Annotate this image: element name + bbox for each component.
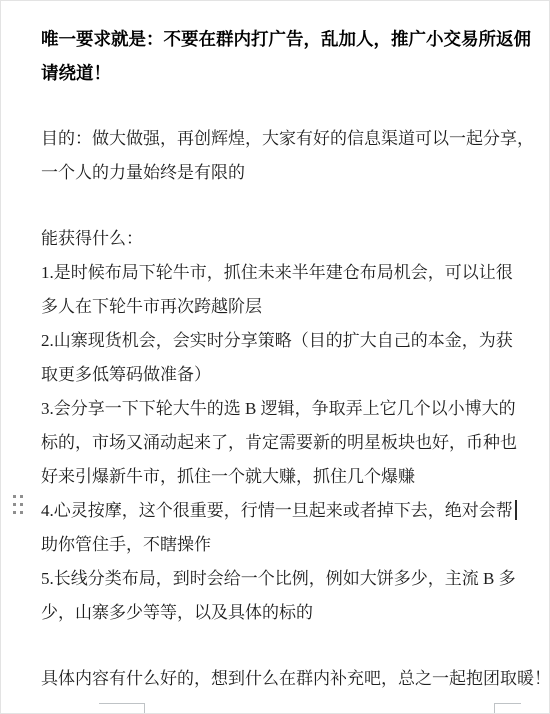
text-line[interactable]: 能获得什么：	[41, 222, 513, 256]
text-line[interactable]: 取更多低筹码做准备）	[41, 358, 513, 392]
paragraph-benefit-1[interactable]: 1.是时候布局下轮牛市，抓住未来半年建仓布局机会，可以让很多人在下轮牛市再次跨越…	[41, 256, 513, 324]
paragraph-benefit-2[interactable]: 2.山寨现货机会，会实时分享策略（目的扩大自己的本金，为获取更多低筹码做准备）	[41, 324, 513, 392]
text-line[interactable]: 2.山寨现货机会，会实时分享策略（目的扩大自己的本金，为获	[41, 324, 513, 358]
text-line[interactable]: 助你管住手，不瞎操作	[41, 528, 513, 562]
drag-handle-dot	[20, 511, 23, 514]
paragraph-benefit-4[interactable]: 4.心灵按摩，这个很重要，行情一旦起来或者掉下去，绝对会帮助你管住手，不瞎操作	[41, 494, 513, 562]
text-line[interactable]: 5.长线分类布局，到时会给一个比例，例如大饼多少，主流 B 多	[41, 562, 513, 596]
text-line[interactable]: 4.心灵按摩，这个很重要，行情一旦起来或者掉下去，绝对会帮	[41, 494, 513, 528]
paragraph-benefit-3[interactable]: 3.会分享一下下轮大牛的选 B 逻辑，争取弄上它几个以小博大的标的，市场又涌动起…	[41, 392, 513, 494]
paragraph-purpose[interactable]: 目的：做大做强，再创辉煌，大家有好的信息渠道可以一起分享，一个人的力量始终是有限…	[41, 122, 513, 190]
drag-handle-dot	[20, 503, 23, 506]
text-line[interactable]: 3.会分享一下下轮大牛的选 B 逻辑，争取弄上它几个以小博大的	[41, 392, 513, 426]
text-line[interactable]: 少，山寨多少等等，以及具体的标的	[41, 596, 513, 630]
text-line[interactable]: 多人在下轮牛市再次跨越阶层	[41, 290, 513, 324]
page-corner-crop-mark-bottom-left	[99, 703, 145, 714]
paragraph-rule-statement[interactable]: 唯一要求就是：不要在群内打广告，乱加人，推广小交易所返佣请绕道！	[41, 22, 513, 90]
text-line[interactable]: 目的：做大做强，再创辉煌，大家有好的信息渠道可以一起分享，	[41, 122, 513, 156]
text-line[interactable]: 1.是时候布局下轮牛市，抓住未来半年建仓布局机会，可以让很	[41, 256, 513, 290]
drag-handle-dot	[13, 495, 16, 498]
drag-handle-dot	[20, 495, 23, 498]
text-line[interactable]: 唯一要求就是：不要在群内打广告，乱加人，推广小交易所返佣	[41, 22, 513, 56]
text-line[interactable]: 请绕道！	[41, 56, 513, 90]
paragraph-closing[interactable]: 具体内容有什么好的，想到什么在群内补充吧，总之一起抱团取暖！	[41, 662, 513, 696]
paragraph-drag-handle-icon[interactable]	[13, 495, 23, 514]
paragraph-benefits-heading[interactable]: 能获得什么：	[41, 222, 513, 256]
text-line[interactable]: 好来引爆新牛市，抓住一个就大赚，抓住几个爆赚	[41, 460, 513, 494]
text-cursor-icon	[515, 500, 517, 520]
paragraph-benefit-5[interactable]: 5.长线分类布局，到时会给一个比例，例如大饼多少，主流 B 多少，山寨多少等等，…	[41, 562, 513, 630]
text-line[interactable]: 标的，市场又涌动起来了，肯定需要新的明星板块也好，币种也	[41, 426, 513, 460]
drag-handle-dot	[13, 511, 16, 514]
document-text-area[interactable]: 唯一要求就是：不要在群内打广告，乱加人，推广小交易所返佣请绕道！目的：做大做强，…	[41, 22, 513, 696]
document-page[interactable]: 唯一要求就是：不要在群内打广告，乱加人，推广小交易所返佣请绕道！目的：做大做强，…	[0, 0, 550, 714]
page-corner-crop-mark-bottom-right	[494, 703, 521, 714]
drag-handle-dot	[13, 503, 16, 506]
text-line[interactable]: 具体内容有什么好的，想到什么在群内补充吧，总之一起抱团取暖！	[41, 662, 513, 696]
text-line[interactable]: 一个人的力量始终是有限的	[41, 156, 513, 190]
